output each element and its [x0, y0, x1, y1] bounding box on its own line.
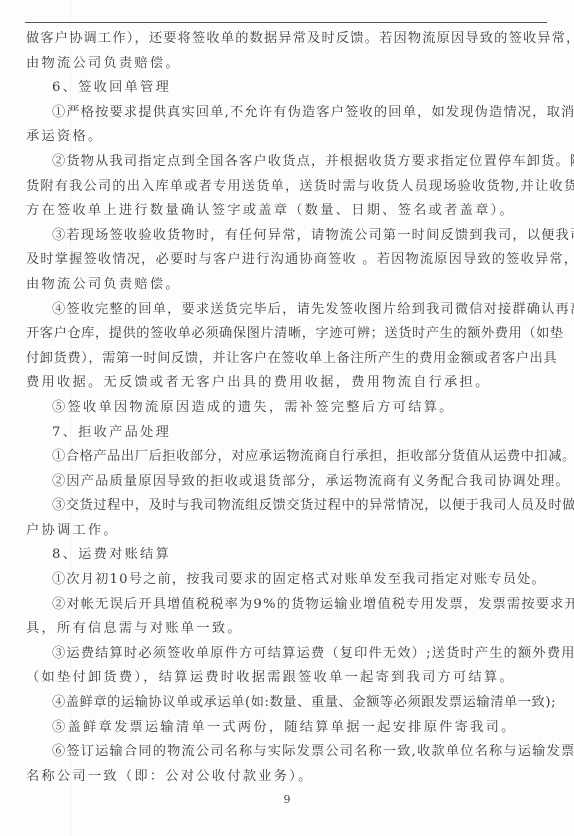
- paragraph-line: ①合格产品出厂后拒收部分，对应承运物流商自行承担，拒收部分货值从运费中扣减。: [26, 445, 550, 470]
- document-page: 做客户协调工作），还要将签收单的数据异常及时反馈。若因物流原因导致的签收异常， …: [0, 0, 574, 836]
- paragraph-line: ③若现场签收验收货物时，有任何异常，请物流公司第一时间反馈到我司，以便我司: [26, 224, 550, 249]
- paragraph-line: 承运资格。: [26, 125, 550, 150]
- section-heading-8: 8、运费对账结算: [26, 543, 550, 568]
- paragraph-line: 付卸货费），需第一时间反馈，并让客户在签收单上备注所产生的费用金额或者客户出具: [26, 347, 550, 372]
- paragraph-line: 开客户仓库，提供的签收单必须确保图片清晰，字迹可辨；送货时产生的额外费用（如垫: [26, 322, 550, 347]
- paragraph-line: ④签收完整的回单，要求送货完毕后，请先发签收图片给到我司微信对接群确认再离: [26, 298, 550, 323]
- page-number: 9: [0, 793, 574, 806]
- section-heading-7: 7、拒收产品处理: [26, 421, 550, 446]
- paragraph-line: ①严格按要求提供真实回单,不允许有伪造客户签收的回单，如发现伪造情况，取消: [26, 101, 550, 126]
- paragraph-line: （如垫付卸货费），结算运费时收据需跟签收单一起寄到我司方可结算。: [26, 666, 550, 691]
- paragraph-line: ③交货过程中，及时与我司物流组反馈交货过程中的异常情况，以便于我司人员及时做客: [26, 494, 550, 519]
- paragraph-line: ⑥签订运输合同的物流公司名称与实际发票公司名称一致,收款单位名称与运输发票: [26, 740, 550, 765]
- paragraph-line: ③运费结算时必须签收单原件方可结算运费（复印件无效）;送货时产生的额外费用: [26, 642, 550, 667]
- paragraph-line: 由物流公司负责赔偿。: [26, 52, 550, 77]
- paragraph-line: 名称公司一致（即：公对公收付款业务）。: [26, 765, 550, 790]
- paragraph-line: ②货物从我司指定点到全国各客户收货点，并根据收货方要求指定位置停车卸货。随: [26, 150, 550, 175]
- paragraph-line: 货附有我公司的出入库单或者专用送货单，送货时需与收货人员现场验收货物,并让收货: [26, 175, 550, 200]
- paragraph-line: ②对帐无误后开具增值税税率为9%的货物运输业增值税专用发票，发票需按要求开: [26, 593, 550, 618]
- body-text: 做客户协调工作），还要将签收单的数据异常及时反馈。若因物流原因导致的签收异常， …: [26, 27, 550, 789]
- paragraph-line: 方在签收单上进行数量确认签字或盖章（数量、日期、签名或者盖章）。: [26, 199, 550, 224]
- paragraph-line: 户协调工作。: [26, 519, 550, 544]
- paragraph-line: ①次月初10号之前，按我司要求的固定格式对账单发至我司指定对账专员处。: [26, 568, 550, 593]
- paragraph-line: ②因产品质量原因导致的拒收或退货部分，承运物流商有义务配合我司协调处理。: [26, 470, 550, 495]
- section-heading-6: 6、签收回单管理: [26, 76, 550, 101]
- paragraph-line: ⑤盖鲜章发票运输清单一式两份，随结算单据一起安排原件寄我司。: [26, 716, 550, 741]
- paragraph-line: 具，所有信息需与对账单一致。: [26, 617, 550, 642]
- paragraph-line: ⑤签收单因物流原因造成的遗失，需补签完整后方可结算。: [26, 396, 550, 421]
- header-rule: [25, 22, 547, 23]
- paragraph-line: ④盖鲜章的运输协议单或承运单(如:数量、重量、金额等必须跟发票运输清单一致);: [26, 691, 550, 716]
- paragraph-line: 做客户协调工作），还要将签收单的数据异常及时反馈。若因物流原因导致的签收异常，: [26, 27, 550, 52]
- paragraph-line: 费用收据。无反馈或者无客户出具的费用收据，费用物流自行承担。: [26, 371, 550, 396]
- paragraph-line: 及时掌握签收情况，必要时与客户进行沟通协商签收 。若因物流原因导致的签收异常，: [26, 248, 550, 273]
- paragraph-line: 由物流公司负责赔偿。: [26, 273, 550, 298]
